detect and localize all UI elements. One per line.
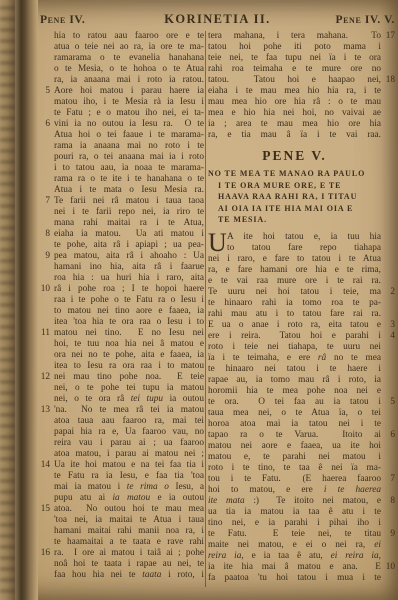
verse-number-spacer [40, 218, 54, 229]
left-column: hia to ratou aau faaroo ore e teatua o t… [40, 31, 204, 581]
text-line: ra, e tia mau â ïa i te vai raa. [208, 130, 395, 141]
text-line: 5Aore hoi matou i parau haere ia [40, 86, 204, 97]
running-head-right: Pene IV. V. [307, 14, 395, 26]
text-line: 9pea matou, aita râ i ahoaho : Ua [40, 251, 204, 262]
line-text: tatou. Tatou hoi e haapao nei, [208, 75, 381, 86]
text-line: e te vai raa mure ore i te rai ra. [208, 276, 395, 287]
verse-number: 7 [40, 196, 54, 207]
text-line: ere i reira. Tatou hoi e parahi i4 [208, 331, 395, 342]
text-line: rama ra o te ite i te hanahana o te [40, 174, 204, 185]
verse-number-spacer [40, 152, 54, 163]
text-line: te hinaaro rahi ia tomo roa te pa- [208, 298, 395, 309]
verse-number-spacer [40, 306, 54, 317]
line-text: te ora. O tei faa au ia tatou i [208, 397, 381, 408]
line-text: A ite hoi tatou e, ia tuu hia [227, 232, 381, 243]
verse-number-spacer [381, 265, 395, 276]
text-line: nei i raro, e fare to tatou i te Atua [208, 254, 395, 265]
verse-number-spacer [381, 298, 395, 309]
verse-number-spacer [40, 449, 54, 460]
verse-number-spacer [381, 309, 395, 320]
verse-number-spacer [381, 551, 395, 562]
line-text: roto i te tino, te taa ê nei ïa ma- [208, 463, 381, 474]
text-line: to tatou fare repo tiahapa [208, 243, 395, 254]
verse-number-spacer [40, 361, 54, 372]
text-line: tou i te Fatu. (E haerea faaroo7 [208, 474, 395, 485]
line-text: hamani maitai rahi manii noa ra, i [54, 526, 204, 537]
line-text: matou nei tino. E no Iesu nei [54, 328, 204, 339]
line-text: pea matou, aita râ i ahoaho : Ua [54, 251, 204, 262]
verse-number-spacer [40, 75, 54, 86]
text-line: matou e, te parahi nei matou i [208, 452, 395, 463]
text-line: 10râ i pohe roa ; I te hopoi haere [40, 284, 204, 295]
verse-number-spacer [40, 240, 54, 251]
verse-number-spacer [40, 174, 54, 185]
text-line: atoa matou, i parau ai matou nei ; [40, 449, 204, 460]
line-text: mea e hio hia nei hoi, no vaivai ae [208, 108, 381, 119]
line-text: hamani ino hia, aita râ i faarue [54, 262, 204, 273]
verse-number: 5 [381, 397, 395, 408]
verse-number-spacer [40, 383, 54, 394]
line-text: eiaha i te mau mea hio hia ra, i te [208, 86, 381, 97]
verse-number-spacer [381, 386, 395, 397]
verse-number-spacer [40, 295, 54, 306]
line-text: mai ia matou i te rima o Iesu, a [54, 482, 204, 493]
verse-number-spacer [40, 526, 54, 537]
text-line: ia ; area te mau mea hio ore hia [208, 119, 395, 130]
line-text: te pohe, aita râ i apiapi ; ua pea- [54, 240, 204, 251]
verse-number-spacer [381, 108, 395, 119]
chapter-summary: NO TE MEA TE MANAO RA PAULOI TE ORA MURE… [208, 168, 381, 226]
line-text: nei, o te pohe tei tupu ia matou [54, 383, 204, 394]
verse-number: 9 [381, 529, 395, 540]
verse-number-spacer [381, 42, 395, 53]
text-line: roto i te tino, te taa ê nei ïa ma- [208, 463, 395, 474]
line-text: rahi mau atu i to tatou fare rai ra. [208, 309, 381, 320]
line-text: o te Mesia, o te hohoa o te Atua [54, 64, 204, 75]
line-text: horoa atoa mai ia tatou nei i te [208, 419, 381, 430]
running-head: Pene IV. KORINETIA II. Pene IV. V. [40, 12, 395, 27]
text-line: faa hou hia nei te taata i roto, i [40, 570, 204, 581]
verse-number: 17 [381, 31, 395, 42]
line-text: Atua hoi o tei faaue i te marama- [54, 130, 204, 141]
verse-number-spacer [381, 97, 395, 108]
line-text: faa hou hia nei te taata i roto, i [54, 570, 204, 581]
line-text: ua tia ia matou ia taa ê atu i te [208, 507, 381, 518]
text-line: ite mata :) Te itoito nei matou, e8 [208, 496, 395, 507]
line-text: rama ia anaana mai no roto i te [54, 141, 204, 152]
verse-number-spacer [40, 482, 54, 493]
line-text: ra, ia anaana mai i roto ia ratou. [54, 75, 204, 86]
text-line: 11matou nei tino. E no Iesu nei [40, 328, 204, 339]
line-text: Te uuru nei hoi tatou i teie, ma [208, 287, 381, 298]
verse-number-spacer [381, 573, 395, 584]
text-line: pouri ra, o tei anaana mai ia i roto [40, 152, 204, 163]
page-binding-edge [0, 0, 38, 600]
text-line: Atua i te mata o Iesu Mesia ra. [40, 185, 204, 196]
text-line: ra, ia anaana mai i roto ia ratou. [40, 75, 204, 86]
verse-number: 6 [381, 430, 395, 441]
verse-number: 3 [381, 320, 395, 331]
line-text: te Fatu. E teie nei, te titau [208, 529, 381, 540]
line-text: te hinaaro rahi ia tomo roa te pa- [208, 298, 381, 309]
text-line: i to tatou aau, ia noaa te marama- [40, 163, 204, 174]
verse-number-spacer [381, 441, 395, 452]
verse-number-spacer [381, 353, 395, 364]
line-text: mau mea hio ore hia râ : o te mau [208, 97, 381, 108]
verse-number: 2 [381, 287, 395, 298]
verse-number-spacer [40, 537, 54, 548]
line-text: noâ hoi te taata i rapae au nei, te [54, 559, 204, 570]
verse-number-spacer [40, 42, 54, 53]
verse-number-spacer [40, 273, 54, 284]
chapter-summary-line: NO TE MEA TE MANAO RA PAULO [208, 168, 381, 180]
line-text: atoa. No outou hoi te mau mea [54, 504, 204, 515]
text-line: o te Mesia, o te hohoa o te Atua [40, 64, 204, 75]
text-line: hia to ratou aau faaroo ore e te [40, 31, 204, 42]
line-text: rama ra o te ite i te hanahana o te [54, 174, 204, 185]
text-line: rahi roa teimaha e te mure ore no [208, 64, 395, 75]
chapter4-continuation: tera mahana, i tera mahana. To17tatou ho… [208, 31, 395, 141]
verse-number: 12 [40, 372, 54, 383]
text-line: A ite hoi tatou e, ia tuu hia [208, 232, 395, 243]
text-line: itea 'toa hia te ora raa o Iesu i to [40, 317, 204, 328]
line-text: pupu atu ai ia matou e ia outou [54, 493, 204, 504]
line-text: nei i raro, e fare to tatou i te Atua [208, 254, 381, 265]
verse-number-spacer [40, 31, 54, 42]
verse-number-spacer [40, 64, 54, 75]
chapter-summary-line: I TE ORA MURE ORE, E TE [208, 180, 381, 192]
verse-number-spacer [381, 86, 395, 97]
verse-number-spacer [40, 207, 54, 218]
text-line: mea e hio hia nei hoi, no vaivai ae [208, 108, 395, 119]
text-line: matou iho, i te Mesia rà ia Iesu i [40, 97, 204, 108]
text-line: hoi to matou, e ere i te haerea [208, 485, 395, 496]
line-text: 'na. No te mea râ tei ia matou [54, 405, 204, 416]
verse-number: 5 [40, 86, 54, 97]
line-text: hoi, te tuu noa hia nei â matou e [54, 339, 204, 350]
line-text: nei mau tino pohe noa. E teie [54, 372, 204, 383]
verse-number-spacer [40, 570, 54, 581]
text-line: nei i te farii repo nei, ia riro te [40, 207, 204, 218]
text-line: noâ hoi te taata i rapae au nei, te [40, 559, 204, 570]
line-text: i to tatou aau, ia noaa te marama- [54, 163, 204, 174]
text-line: hamani maitai rahi manii noa ra, i [40, 526, 204, 537]
verse-number-spacer [381, 232, 395, 243]
line-text: ra, e tia mau â ïa i te vai raa. [208, 130, 381, 141]
text-line: tatou hoi pohe iti poto mama i [208, 42, 395, 53]
verse-number-spacer [40, 130, 54, 141]
verse-number-spacer [381, 507, 395, 518]
verse-number-spacer [381, 342, 395, 353]
text-line: tapao ra o te Varua. Itoito ai6 [208, 430, 395, 441]
verse-number: 8 [381, 496, 395, 507]
verse-number-spacer [40, 427, 54, 438]
line-text: raa i te pohe o te Fatu ra o Iesu i [54, 295, 204, 306]
chapter-summary-line: HAAVA RAA RAHI RA, I TITAU [208, 191, 381, 203]
text-line: eiaha i te mau mea hio hia ra, i te [208, 86, 395, 97]
verse-number-spacer [381, 463, 395, 474]
verse-number: 9 [40, 251, 54, 262]
text-line: matou nei aore e faaea, ua ite hoi [208, 441, 395, 452]
binding-highlight [15, 0, 21, 600]
verse-number-spacer [381, 452, 395, 463]
line-text: ere i reira. Tatou hoi e parahi i [208, 331, 381, 342]
text-line: 12nei mau tino pohe noa. E teie [40, 372, 204, 383]
text-line: maite nei matou, e ei o nei ra, ei [208, 540, 395, 551]
line-text: itea to Iesu ra ora raa i to matou [54, 361, 204, 372]
verse-number-spacer [40, 185, 54, 196]
verse-number-spacer [40, 559, 54, 570]
text-line: itea to Iesu ra ora raa i to matou [40, 361, 204, 372]
text-line: te Fatu ; e o matou iho nei, ei ta- [40, 108, 204, 119]
verse-number-spacer [381, 130, 395, 141]
line-text: tatou hoi pohe iti poto mama i [208, 42, 381, 53]
verse-number-spacer [40, 493, 54, 504]
verse-number-spacer [40, 53, 54, 64]
verse-number: 14 [40, 460, 54, 471]
adjacent-page-text-blur [0, 6, 15, 594]
line-text: ramarama o te evanelia hanahana [54, 53, 204, 64]
line-text: e te vai raa mure ore i te rai ra. [208, 276, 381, 287]
line-text: Ua ite hoi matou e na tei faa tia i [54, 460, 204, 471]
text-line: nei, o te pohe tei tupu ia matou [40, 383, 204, 394]
verse-number-spacer [40, 163, 54, 174]
line-text: matou nei aore e faaea, ua ite hoi [208, 441, 381, 452]
verse-number-spacer [381, 364, 395, 375]
verse-number-spacer [40, 108, 54, 119]
line-text: te hinaaro nei tatou i te haere i [208, 364, 381, 375]
text-line: hamani ino hia, aita râ i faarue [40, 262, 204, 273]
line-text: papai hia ra e, Ua faaroo vau, no [54, 427, 204, 438]
line-text: te Fatu ; e o matou iho nei, ei ta- [54, 108, 204, 119]
verse-number-spacer [381, 119, 395, 130]
text-line: nei, o te ora râ tei tupu ia outou [40, 394, 204, 405]
text-line: atua o teie nei ao ra, ia ore te ma- [40, 42, 204, 53]
page-content: Pene IV. KORINETIA II. Pene IV. V. hia t… [38, 0, 398, 600]
text-line: 7Te farii nei râ matou i taua taoa [40, 196, 204, 207]
text-line: 16ra. I ore ai matou i taiâ ai ; pohe [40, 548, 204, 559]
text-line: te ora. O tei faa au ia tatou i5 [208, 397, 395, 408]
chapter-heading: PENE V. [208, 148, 381, 163]
line-text: Atua i te mata o Iesu Mesia ra. [54, 185, 204, 196]
line-text: horomii hia te mea pohe noa nei e [208, 386, 381, 397]
text-line: teie nei, te faa tupu nei ïa i te ora [208, 53, 395, 64]
line-text: reira ia, e ia taa ê atu, ei reira ia, [208, 551, 381, 562]
text-line: papai hia ra e, Ua faaroo vau, no [40, 427, 204, 438]
verse-number: 8 [40, 229, 54, 240]
line-text: taua mea nei, o te Atua ïa, o tei [208, 408, 381, 419]
verse-number-spacer [40, 97, 54, 108]
line-text: ra, e fare hamani ore hia e te rima, [208, 265, 381, 276]
verse-number-spacer [381, 53, 395, 64]
text-line: 15atoa. No outou hoi te mau mea [40, 504, 204, 515]
text-line: tino nei, e ia parahi i pihai iho i [208, 518, 395, 529]
verse-number-spacer [381, 276, 395, 287]
line-text: tou i te Fatu. (E haerea faaroo [208, 474, 381, 485]
line-text: tino nei, e ia parahi i pihai iho i [208, 518, 381, 529]
verse-number-spacer [381, 518, 395, 529]
text-line: 6vini ia no outou ia Iesu ra. O te [40, 119, 204, 130]
text-line: te Fatu ra ia Iesu, e faa tia 'toa [40, 471, 204, 482]
line-text: atoa taua aau faaroo ra, mai tei [54, 416, 204, 427]
verse-number-spacer [40, 438, 54, 449]
text-line: fa paatoa 'tu hoi tatou i mua i te [208, 573, 395, 584]
verse-number-spacer [381, 64, 395, 75]
line-text: te Fatu ra ia Iesu, e faa tia 'toa [54, 471, 204, 482]
line-text: to matou nei tino aore e faaea, ia [54, 306, 204, 317]
text-line: hoi, te tuu noa hia nei â matou e [40, 339, 204, 350]
text-line: mana rahi maitai ra i te Atua, [40, 218, 204, 229]
text-line: taua mea nei, o te Atua ïa, o tei [208, 408, 395, 419]
line-text: roto i teie nei tiahapa, te uuru nei [208, 342, 381, 353]
verse-number-spacer [381, 254, 395, 265]
text-line: rapae au, ia tomo mau râ i roto, ia [208, 375, 395, 386]
verse-number-spacer [40, 317, 54, 328]
text-line: ïa i te teimaha, e ere râ no te mea [208, 353, 395, 364]
verse-number-spacer [381, 540, 395, 551]
line-text: matou iho, i te Mesia rà ia Iesu i [54, 97, 204, 108]
chapter5-body: U A ite hoi tatou e, ia tuu hiato tatou … [208, 232, 395, 584]
text-line: Atua hoi o tei faaue i te marama- [40, 130, 204, 141]
text-line: ua tia ia matou ia taa ê atu i te [208, 507, 395, 518]
verse-number-spacer [40, 339, 54, 350]
line-text: ïa i te teimaha, e ere râ no te mea [208, 353, 381, 364]
line-text: atoa matou, i parau ai matou nei ; [54, 449, 204, 460]
text-line: 13'na. No te mea râ tei ia matou [40, 405, 204, 416]
text-line: te hinaaro nei tatou i te haere i [208, 364, 395, 375]
text-line: E ua o anae i roto ra, eita tatou e3 [208, 320, 395, 331]
text-line: horoa atoa mai ia tatou nei i te [208, 419, 395, 430]
line-text: hoi to matou, e ere i te haerea [208, 485, 381, 496]
verse-number-spacer [40, 350, 54, 361]
verse-number-spacer [40, 262, 54, 273]
verse-number: 4 [381, 331, 395, 342]
text-line: ramarama o te evanelia hanahana [40, 53, 204, 64]
text-line: pupu atu ai ia matou e ia outou [40, 493, 204, 504]
verse-number: 10 [381, 562, 395, 573]
text-line: tera mahana, i tera mahana. To17 [208, 31, 395, 42]
line-text: ia ; area te mau mea hio ore hia [208, 119, 381, 130]
line-text: tapao ra o te Varua. Itoito ai [208, 430, 381, 441]
text-line: roto i teie nei tiahapa, te uuru nei [208, 342, 395, 353]
line-text: hia to ratou aau faaroo ore e te [54, 31, 204, 42]
text-line: te haamaitai a te taata e rave rahi [40, 537, 204, 548]
verse-number: 15 [40, 504, 54, 515]
text-line: tatou. Tatou hoi e haapao nei,18 [208, 75, 395, 86]
verse-number-spacer [381, 243, 395, 254]
line-text: Te farii nei râ matou i taua taoa [54, 196, 204, 207]
line-text: nei, o te ora râ tei tupu ia outou [54, 394, 204, 405]
text-line: ra, e fare hamani ore hia e te rima, [208, 265, 395, 276]
line-text: te haamaitai a te taata e rave rahi [54, 537, 204, 548]
line-text: reira vau i parau ai ; ua faaroo [54, 438, 204, 449]
verse-number-spacer [381, 419, 395, 430]
text-columns: hia to ratou aau faaroo ore e teatua o t… [40, 31, 395, 587]
text-line: te pohe, aita râ i apiapi ; ua pea- [40, 240, 204, 251]
line-text: teie nei, te faa tupu nei ïa i te ora [208, 53, 381, 64]
verse-number: 13 [40, 405, 54, 416]
verse-number-spacer [40, 515, 54, 526]
verse-number-spacer [40, 141, 54, 152]
line-text: rapae au, ia tomo mau râ i roto, ia [208, 375, 381, 386]
text-line: 'toa nei, ia maitai te Atua i taua [40, 515, 204, 526]
verse-number-spacer [40, 416, 54, 427]
text-line: raa i te pohe o te Fatu ra o Iesu i [40, 295, 204, 306]
verse-number: 6 [40, 119, 54, 130]
line-text: eiaha ia matou. Ua ati matou i [54, 229, 204, 240]
text-line: reira vau i parau ai ; ua faaroo [40, 438, 204, 449]
column-divider [205, 31, 206, 587]
verse-number: 16 [40, 548, 54, 559]
line-text: rahi roa teimaha e te mure ore no [208, 64, 381, 75]
running-head-left: Pene IV. [40, 14, 128, 26]
text-line: horomii hia te mea pohe noa nei e [208, 386, 395, 397]
line-text: maite nei matou, e ei o nei ra, ei [208, 540, 381, 551]
text-line: to matou nei tino aore e faaea, ia [40, 306, 204, 317]
chapter-summary-line: AI OIA IA ITE HIA MAI OIA E [208, 203, 381, 215]
text-line: mau mea hio ore hia râ : o te mau [208, 97, 395, 108]
text-line: 8eiaha ia matou. Ua ati matou i [40, 229, 204, 240]
text-line: te Fatu. E teie nei, te titau9 [208, 529, 395, 540]
line-text: roa hia : ua huri hia i raro, aita [54, 273, 204, 284]
text-line: roa hia : ua huri hia i raro, aita [40, 273, 204, 284]
drop-cap: U [208, 232, 226, 254]
line-text: atua o teie nei ao ra, ia ore te ma- [54, 42, 204, 53]
line-text: mana rahi maitai ra i te Atua, [54, 218, 204, 229]
verse-number-spacer [40, 471, 54, 482]
line-text: ora nei no te pohe, aita e faaea, ia [54, 350, 204, 361]
line-text: tera mahana, i tera mahana. To [208, 31, 381, 42]
running-head-title: KORINETIA II. [128, 12, 307, 27]
line-text: vini ia no outou ia Iesu ra. O te [54, 119, 204, 130]
text-line: mai ia matou i te rima o Iesu, a [40, 482, 204, 493]
verse-number: 10 [40, 284, 54, 295]
line-text: matou e, te parahi nei matou i [208, 452, 381, 463]
verse-number: 18 [381, 75, 395, 86]
verse-number-spacer [381, 485, 395, 496]
verse-number-spacer [381, 375, 395, 386]
right-column: tera mahana, i tera mahana. To17tatou ho… [208, 31, 395, 584]
text-line: ia ite hia mai â matou e ana. E10 [208, 562, 395, 573]
text-line: rahi mau atu i to tatou fare rai ra. [208, 309, 395, 320]
text-line: 14Ua ite hoi matou e na tei faa tia i [40, 460, 204, 471]
line-text: nei i te farii repo nei, ia riro te [54, 207, 204, 218]
text-line: atoa taua aau faaroo ra, mai tei [40, 416, 204, 427]
text-line: rama ia anaana mai no roto i te [40, 141, 204, 152]
line-text: ite mata :) Te itoito nei matou, e [208, 496, 381, 507]
text-line: ora nei no te pohe, aita e faaea, ia [40, 350, 204, 361]
line-text: E ua o anae i roto ra, eita tatou e [208, 320, 381, 331]
line-text: râ i pohe roa ; I te hopoi haere [54, 284, 204, 295]
text-line: Te uuru nei hoi tatou i teie, ma2 [208, 287, 395, 298]
line-text: ia ite hia mai â matou e ana. E [208, 562, 381, 573]
text-line: reira ia, e ia taa ê atu, ei reira ia, [208, 551, 395, 562]
verse-number-spacer [381, 408, 395, 419]
verse-number-spacer [40, 394, 54, 405]
verse-number: 11 [40, 328, 54, 339]
line-text: 'toa nei, ia maitai te Atua i taua [54, 515, 204, 526]
line-text: pouri ra, o tei anaana mai ia i roto [54, 152, 204, 163]
line-text: itea 'toa hia te ora raa o Iesu i to [54, 317, 204, 328]
chapter-summary-line: TE MESIA. [208, 214, 381, 226]
line-text: to tatou fare repo tiahapa [227, 243, 381, 254]
verse-number: 7 [381, 474, 395, 485]
book-page: Pene IV. KORINETIA II. Pene IV. V. hia t… [0, 0, 398, 600]
line-text: fa paatoa 'tu hoi tatou i mua i te [208, 573, 381, 584]
line-text: ra. I ore ai matou i taiâ ai ; pohe [54, 548, 204, 559]
line-text: Aore hoi matou i parau haere ia [54, 86, 204, 97]
